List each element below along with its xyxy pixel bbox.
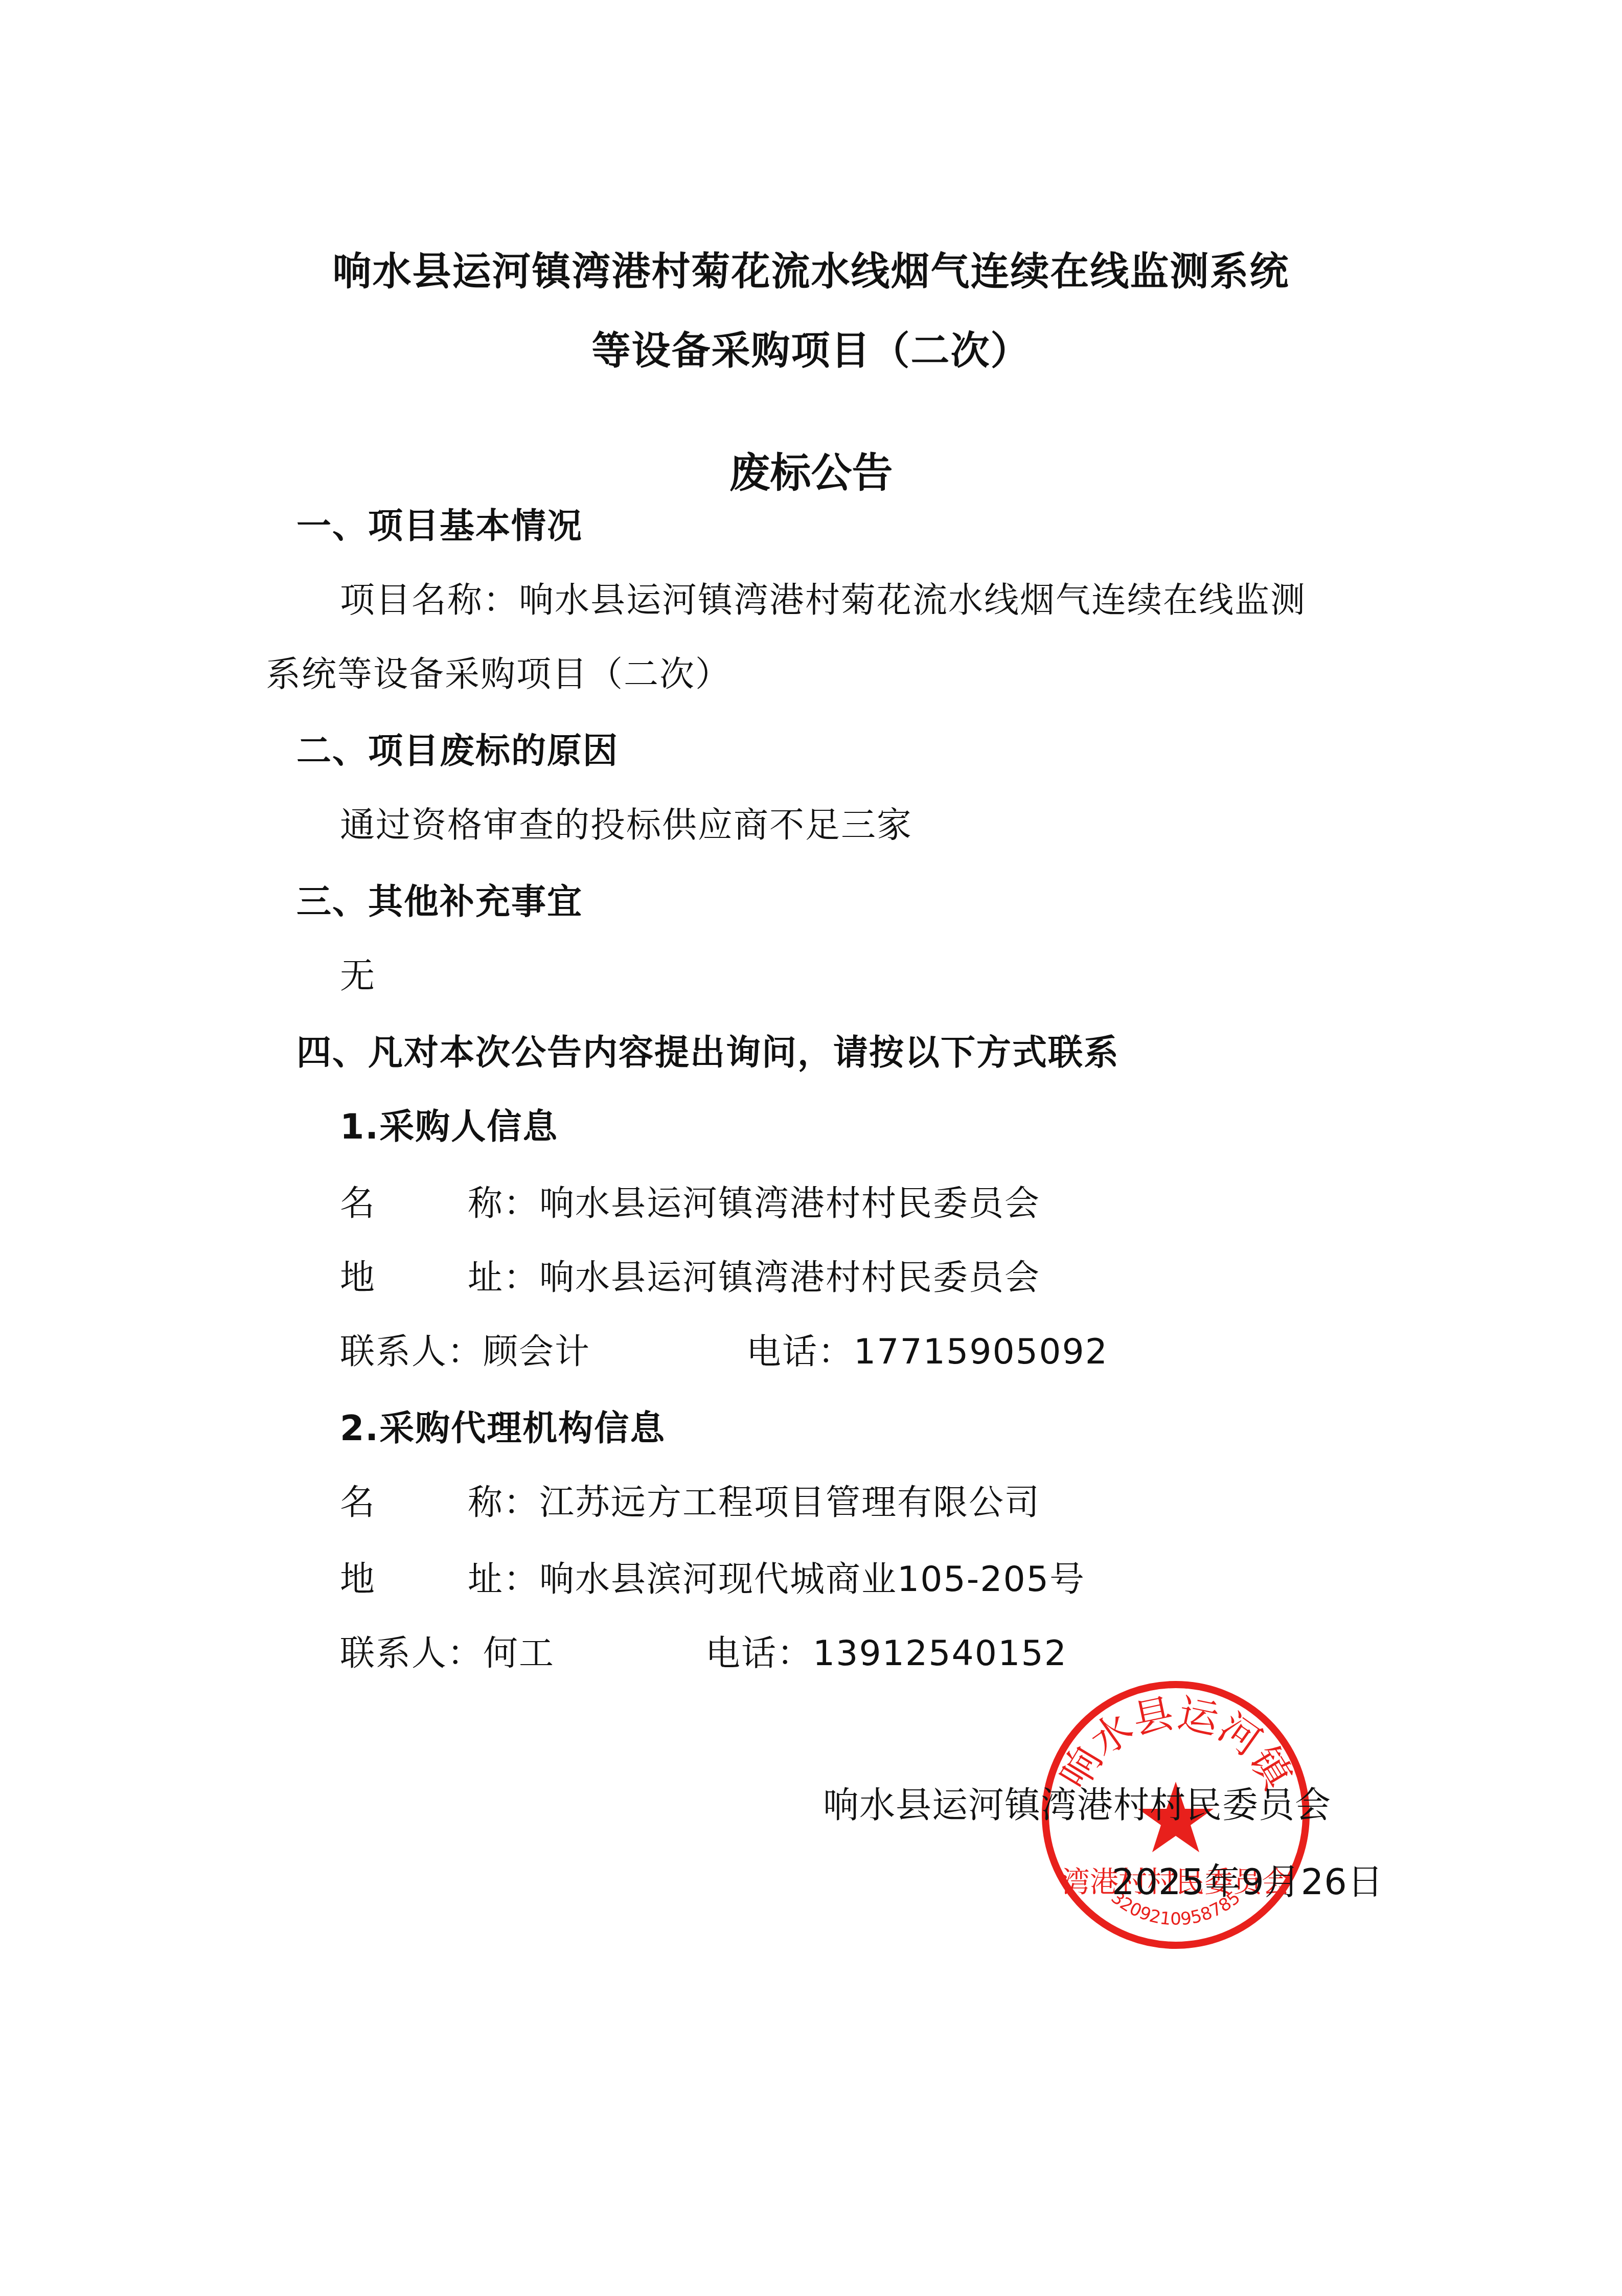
purchaser-heading: 1.采购人信息 [340,1099,558,1149]
purchaser-address-row: 地 址： 响水县运河镇湾港村村民委员会 [340,1250,1040,1300]
agency-contact-row: 联系人：何工 [340,1626,555,1675]
purchaser-address: 响水县运河镇湾港村村民委员会 [539,1258,1040,1298]
project-name-line-2: 系统等设备采购项目（二次） [266,647,731,696]
label-part: 地 [340,1552,376,1601]
title-line-1: 响水县运河镇湾港村菊花流水线烟气连续在线监测系统 [0,240,1622,296]
agency-name-row: 名 称： 江苏远方工程项目管理有限公司 [340,1475,1040,1525]
section-1-heading: 一、项目基本情况 [296,498,583,548]
label-part: 址： [468,1552,539,1601]
agency-phone-row: 电话：13912540152 [705,1626,1067,1675]
label-part: 名 [340,1176,376,1225]
document-page: 响水县运河镇湾港村菊花流水线烟气连续在线监测系统 等设备采购项目（二次） 废标公… [0,0,1622,2296]
purchaser-contact: 顾会计 [483,1332,590,1372]
agency-name: 江苏远方工程项目管理有限公司 [539,1483,1040,1523]
agency-name-label: 名 称： [340,1475,539,1525]
announcement-heading: 废标公告 [0,440,1622,498]
label-part: 称： [468,1176,539,1225]
section-4-heading: 四、凡对本次公告内容提出询问，请按以下方式联系 [296,1025,1120,1075]
section-2-heading: 二、项目废标的原因 [296,723,619,773]
purchaser-phone-row: 电话：17715905092 [746,1324,1108,1374]
supplementary-body: 无 [340,948,376,998]
purchaser-contact-label: 联系人： [340,1332,483,1372]
purchaser-contact-row: 联系人：顾会计 [340,1324,590,1374]
purchaser-name: 响水县运河镇湾港村村民委员会 [539,1184,1040,1224]
agency-phone-label: 电话： [705,1633,813,1674]
project-name-line-1: 项目名称：响水县运河镇湾港村菊花流水线烟气连续在线监测 [340,573,1306,622]
agency-address-row: 地 址： 响水县滨河现代城商业105-205号 [340,1552,1085,1601]
signature-organization: 响水县运河镇湾港村村民委员会 [823,1777,1331,1828]
label-part: 名 [340,1475,376,1525]
label-part: 地 [340,1250,376,1300]
agency-phone: 13912540152 [813,1633,1067,1674]
label-part: 址： [468,1250,539,1300]
purchaser-address-label: 地 址： [340,1250,539,1300]
purchaser-phone: 17715905092 [854,1332,1108,1372]
agency-address-label: 地 址： [340,1552,539,1601]
purchaser-name-row: 名 称： 响水县运河镇湾港村村民委员会 [340,1176,1040,1225]
purchaser-phone-label: 电话： [746,1332,854,1372]
agency-contact-label: 联系人： [340,1633,483,1674]
cancel-reason: 通过资格审查的投标供应商不足三家 [340,798,912,847]
purchaser-name-label: 名 称： [340,1176,539,1225]
section-3-heading: 三、其他补充事宜 [296,874,583,924]
label-part: 称： [468,1475,539,1525]
signature-date: 2025年9月26日 [1112,1853,1384,1905]
title-line-2: 等设备采购项目（二次） [0,320,1622,375]
agency-heading: 2.采购代理机构信息 [340,1401,666,1450]
agency-address: 响水县滨河现代城商业105-205号 [539,1559,1085,1600]
agency-contact: 何工 [483,1633,555,1674]
